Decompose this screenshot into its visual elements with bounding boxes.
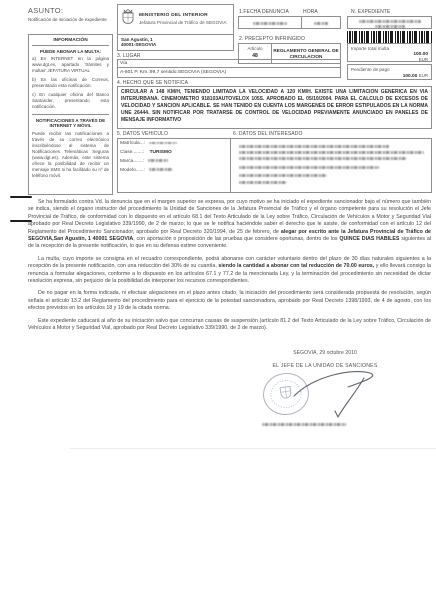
body-paragraph-3: De no pagar en la forma indicada, ni efe… xyxy=(28,290,431,312)
body-paragraph-4: Este expediente caducará al año de su in… xyxy=(28,318,431,333)
spain-coat-of-arms-icon xyxy=(121,8,136,31)
fecha-denuncia-cell xyxy=(238,16,302,29)
body-paragraph-2: La multa, cuyo importe se consigna en el… xyxy=(28,256,431,286)
p1-text: , con aportación o proposición de las pr… xyxy=(133,236,339,242)
importe-currency: EUR xyxy=(351,57,428,62)
ministry-name: MINISTERIO DEL INTERIOR xyxy=(139,13,230,18)
notif-text: Puede recibir las notificaciones a travé… xyxy=(32,131,109,179)
ministry-header-box: MINISTERIO DEL INTERIOR Jefatura Provinc… xyxy=(117,4,234,51)
datos-box: Matrícula...: Clase........: TURISMO Mar… xyxy=(117,138,432,193)
hora-value-redacted xyxy=(314,22,328,25)
fecha-value-redacted xyxy=(253,22,287,25)
interesado-redacted-line xyxy=(239,166,379,169)
lugar-box: Vía A-601 P. Km.:99,7 sentido:SEGOVIA (S… xyxy=(117,59,341,78)
interesado-redacted-line xyxy=(239,145,389,148)
marca-label: Marca.......: xyxy=(120,159,144,164)
asunto-block: ASUNTO: Notificación de iniciación de ex… xyxy=(28,6,112,23)
clase-label: Clase........: xyxy=(120,150,144,155)
fold-line xyxy=(70,448,436,449)
body-paragraph-1: Se ha formulado contra Vd. la denuncia q… xyxy=(28,199,431,251)
clase-value: TURISMO xyxy=(150,150,172,155)
margin-mark xyxy=(10,196,32,198)
p2-bold-reduccion: siendo la cantidad a abonar con tal redu… xyxy=(218,263,374,269)
pendiente-box: Pendiente de pago 100.00 EUR xyxy=(347,64,432,80)
modelo-label: Modelo......: xyxy=(120,168,145,173)
matricula-label: Matrícula...: xyxy=(120,141,145,146)
via-value: A-601 P. Km.:99,7 sentido:SEGOVIA (SEGOV… xyxy=(118,68,340,76)
expediente-label: N. EXPEDIENTE xyxy=(351,9,390,15)
handwritten-signature xyxy=(290,366,390,424)
matricula-value-redacted xyxy=(149,142,177,145)
via-label: Vía xyxy=(118,60,340,68)
fecha-denuncia-label: 1.FECHA DENUNCIA xyxy=(239,9,289,15)
info-panel: INFORMACIÓN PUEDE ABONAR LA MULTA: a) En… xyxy=(28,34,113,195)
vehiculo-fields: Matrícula...: Clase........: TURISMO Mar… xyxy=(118,139,231,192)
articulo-value: 48 xyxy=(239,53,271,59)
vehiculo-title: 5. DATOS VEHICULO xyxy=(117,131,168,137)
marca-value-redacted xyxy=(148,159,168,162)
modelo-value-redacted xyxy=(149,168,173,171)
info-panel-title: INFORMACIÓN xyxy=(32,37,109,46)
signer-name-redacted xyxy=(262,423,346,426)
pendiente-currency: EUR xyxy=(419,73,428,78)
interesado-redacted-line xyxy=(239,151,424,154)
p1-bold-plazo: QUINCE DIAS HABILES xyxy=(339,236,399,242)
hora-cell xyxy=(301,16,341,29)
precepto-label: 2. PRECEPTO INFRINGIDO xyxy=(239,36,305,42)
asunto-text: Notificación de iniciación de expediente xyxy=(28,17,112,23)
office-address-line2: 40001-SEGOVIA xyxy=(121,42,230,47)
hecho-text: CIRCULAR A 148 KM/H, TENIENDO LIMITADA L… xyxy=(117,86,432,129)
interesado-redacted-line xyxy=(239,181,287,184)
expediente-cell xyxy=(347,16,432,29)
pay-option-correos: b) En las oficinas de Correos, presentan… xyxy=(32,77,109,89)
pay-option-internet: a) En INTERNET en la página www.dgt.es, … xyxy=(32,56,109,74)
articulo-label: Artículo xyxy=(239,46,271,51)
asunto-label: ASUNTO: xyxy=(28,6,112,15)
importe-box: Importe total multa 100.00 EUR xyxy=(347,43,432,62)
interesado-redacted-line xyxy=(239,174,327,177)
interesado-fields xyxy=(231,139,432,192)
scanned-notification-document: ASUNTO: Notificación de iniciación de ex… xyxy=(0,0,436,600)
body-text-block: Se ha formulado contra Vd. la denuncia q… xyxy=(28,199,431,338)
notif-title: NOTIFICACIONES A TRAVÉS DE INTERNET Y MÓ… xyxy=(32,118,109,130)
date-line: SEGOVIA, 29 octubre 2010 xyxy=(245,350,405,356)
pendiente-value: 100.00 xyxy=(403,74,418,79)
importe-value: 100.00 xyxy=(413,52,428,57)
pendiente-label: Pendiente de pago xyxy=(351,67,428,72)
expediente-barcode xyxy=(347,31,432,43)
office-name: Jefatura Provincial de Tráfico de SEGOVI… xyxy=(139,20,230,26)
expediente-value-redacted xyxy=(375,25,405,28)
pay-option-banco: c) En cualquier oficina del Banco Santan… xyxy=(32,92,109,110)
pay-title: PUEDE ABONAR LA MULTA: xyxy=(32,49,109,54)
interesado-title: 6. DATOS DEL INTERESADO xyxy=(233,131,302,137)
margin-mark xyxy=(10,220,32,222)
interesado-redacted-line xyxy=(239,157,407,160)
importe-label: Importe total multa xyxy=(351,46,428,51)
hora-label: HORA xyxy=(303,9,318,15)
